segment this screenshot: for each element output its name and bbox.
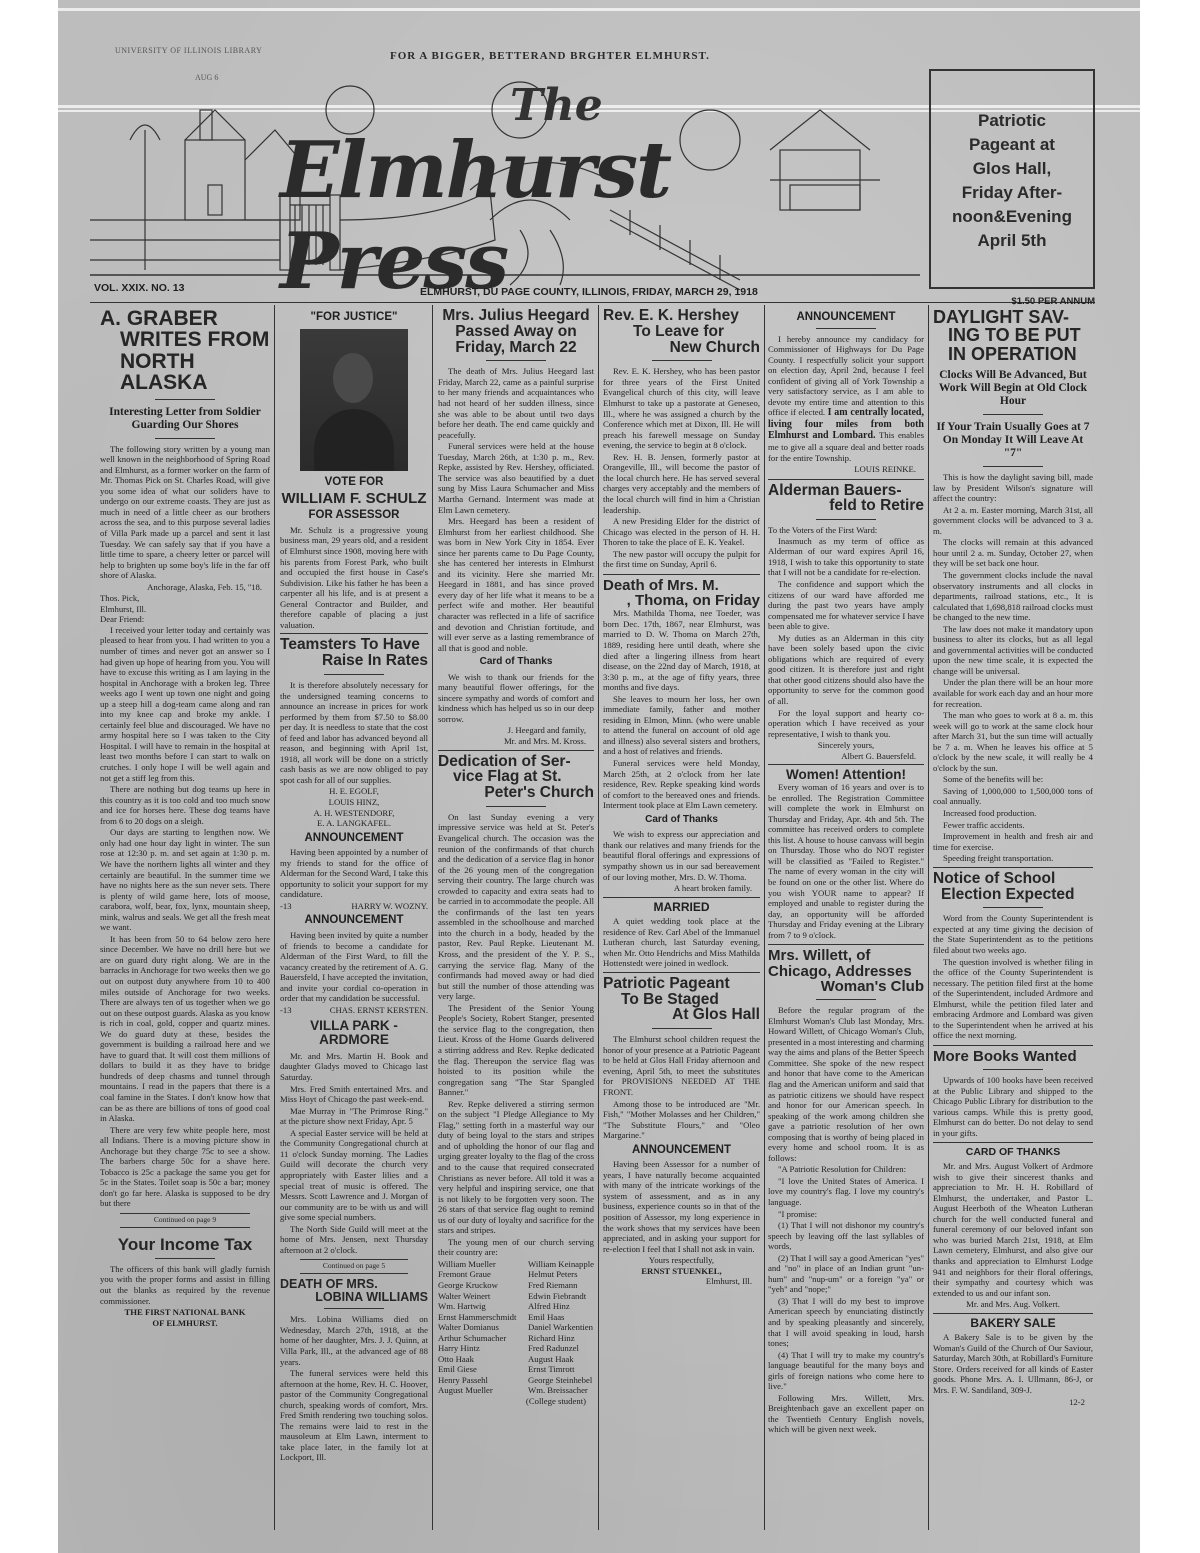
roster-name: Alfred Hinz xyxy=(528,1301,594,1312)
promo-line: Patriotic xyxy=(931,109,1093,133)
paragraph: The law does not make it mandatory upon … xyxy=(933,624,1093,677)
roster-name: Walter Domianus xyxy=(438,1322,516,1333)
list-item: Speeding freight transportation. xyxy=(933,853,1093,864)
headline-line: vice Flag at St. xyxy=(438,769,594,785)
column-3: Mrs. Julius Heegard Passed Away on Frida… xyxy=(438,308,594,1407)
paragraph: Inasmuch as my term of office as Alderma… xyxy=(768,536,924,578)
headline-line: feld to Retire xyxy=(768,498,924,514)
ad-code: 12-2 xyxy=(933,1397,1093,1408)
paragraph: There are nothing but dog teams up here … xyxy=(100,784,270,826)
paragraph: Mr. and Mrs. August Volkert of Ardmore w… xyxy=(933,1161,1093,1298)
paragraph: (4) That I will try to make my country's… xyxy=(768,1350,924,1392)
masthead-the: The xyxy=(510,80,603,131)
article-graber: A. GRABER WRITES FROM NORTH ALASKA Inter… xyxy=(100,308,270,1228)
paragraph: Under the plan there will be an hour mor… xyxy=(933,677,1093,709)
subheadline: If Your Train Usually Goes at 7 On Monda… xyxy=(933,421,1093,460)
roster-column-left: William MuellerFremont GraueGeorge Kruck… xyxy=(438,1259,516,1396)
candidate-portrait-photo xyxy=(300,329,408,471)
section-headline: Women! Attention! xyxy=(768,768,924,782)
divider xyxy=(155,1258,215,1259)
paragraph: The man who goes to work at 8 a. m. this… xyxy=(933,710,1093,773)
column-2: "FOR JUSTICE" VOTE FOR WILLIAM F. SCHULZ… xyxy=(280,308,428,1464)
paragraph: The clocks will remain at this advanced … xyxy=(933,537,1093,569)
roster-name: George Steinhebel xyxy=(528,1375,594,1386)
article-willett: Mrs. Willett, of Chicago, Addresses Woma… xyxy=(768,944,924,1435)
signatory: Elmhurst, Ill. xyxy=(603,1276,760,1287)
paragraph: Every woman of 16 years and over is to b… xyxy=(768,782,924,940)
news-item: Mae Murray in "The Primrose Ring." at th… xyxy=(280,1106,428,1127)
section-headline: More Books Wanted xyxy=(933,1049,1093,1064)
announcement-title: ANNOUNCEMENT xyxy=(768,312,924,323)
news-item: Mr. and Mrs. Martin H. Book and daughter… xyxy=(280,1051,428,1083)
headline-line: A. GRABER xyxy=(100,308,270,329)
article-thoma: Death of Mrs. M. , Thoma, on Friday Mrs.… xyxy=(603,574,760,894)
subheadline: Clocks Will Be Advanced, But Work Will B… xyxy=(933,369,1093,408)
article-pageant: Patriotic Pageant To Be Staged At Glos H… xyxy=(603,972,760,1141)
ad-body: The officers of this bank will gladly fu… xyxy=(100,1264,270,1306)
signatory: CHAS. ERNST KERSTEN. xyxy=(330,1005,428,1016)
article-heegard: Mrs. Julius Heegard Passed Away on Frida… xyxy=(438,308,594,747)
paragraph: I received your letter today and certain… xyxy=(100,625,270,783)
column-5: ANNOUNCEMENT I hereby announce my candid… xyxy=(768,308,924,1436)
list-item: Saving of 1,000,000 to 1,500,000 tons of… xyxy=(933,786,1093,807)
headline-line: , Thoma, on Friday xyxy=(603,593,760,608)
signatory: Sincerely yours, xyxy=(768,740,924,751)
divider xyxy=(816,519,876,520)
ad-headline: Your Income Tax xyxy=(100,1236,270,1253)
divider xyxy=(816,999,876,1000)
paragraph: Mrs. Mathilda Thoma, nee Toeder, was bor… xyxy=(603,608,760,692)
article-service-flag: Dedication of Ser- vice Flag at St. Pete… xyxy=(438,750,594,1407)
column-rule xyxy=(928,305,929,1530)
roster-name: Fred Radunzel xyxy=(528,1343,594,1354)
paragraph: Having been invited by quite a number of… xyxy=(280,930,428,1004)
signatory: Albert G. Bauersfeld. xyxy=(768,751,924,762)
divider xyxy=(816,328,876,329)
news-item: Mrs. Fred Smith entertained Mrs. and Mis… xyxy=(280,1084,428,1105)
vote-for-label: VOTE FOR xyxy=(280,477,428,488)
paragraph: (3) That I will do my best to improve Am… xyxy=(768,1296,924,1349)
divider xyxy=(983,1069,1043,1070)
article-villa-park: VILLA PARK - ARDMORE Mr. and Mrs. Martin… xyxy=(280,1019,428,1273)
divider xyxy=(983,414,1043,415)
headline-line: Chicago, Addresses xyxy=(768,964,924,979)
headline-line: Alderman Bauers- xyxy=(768,483,924,499)
promo-box-pageant: Patriotic Pageant at Glos Hall, Friday A… xyxy=(929,69,1095,289)
roster-name: Richard Hinz xyxy=(528,1333,594,1344)
column-1: A. GRABER WRITES FROM NORTH ALASKA Inter… xyxy=(100,308,270,1328)
signatory: E. A. LANGKAFEL. xyxy=(280,818,428,829)
headline-line: Death of Mrs. M. xyxy=(603,578,760,593)
service-roster: William MuellerFremont GraueGeorge Kruck… xyxy=(438,1259,594,1396)
candidate-name: WILLIAM F. SCHULZ xyxy=(280,491,428,506)
divider xyxy=(324,1308,384,1309)
bakery-sale: BAKERY SALE A Bakery Sale is to be given… xyxy=(933,1313,1093,1407)
paragraph: Having been appointed by a number of my … xyxy=(280,847,428,900)
announcement-stuenkel: ANNOUNCEMENT Having been Assessor for a … xyxy=(603,1145,760,1287)
paragraph: My duties as an Alderman in this city ha… xyxy=(768,633,924,707)
headline-line: Passed Away on xyxy=(438,324,594,340)
paragraph: We wish to express our appreciation and … xyxy=(603,829,760,882)
divider xyxy=(652,360,712,361)
roster-name: Fremont Graue xyxy=(438,1269,516,1280)
headline-line: Patriotic Pageant xyxy=(603,976,760,992)
paragraph: "A Patriotic Resolution for Children: xyxy=(768,1164,924,1175)
masthead-illustration: The Elmhurst Press xyxy=(90,70,920,290)
announcement-body: I hereby announce my candidacy for Commi… xyxy=(768,334,924,418)
announcement-title: ANNOUNCEMENT xyxy=(280,833,428,844)
headline-line: ING TO BE PUT xyxy=(933,326,1093,344)
signatory: J. Heegard and family, xyxy=(438,725,594,736)
paragraph: Among those to be introduced are "Mr. Fi… xyxy=(603,1099,760,1141)
headline-line: Election Expected xyxy=(933,887,1093,903)
roster-name: Fred Riemann xyxy=(528,1280,594,1291)
signatory: A heart broken family. xyxy=(603,883,760,894)
roster-name: Ernst Hammerschmidt xyxy=(438,1312,516,1323)
roster-name: Ernst Timrott xyxy=(528,1364,594,1375)
volume-number: VOL. XXIX. NO. 13 xyxy=(94,282,184,294)
paragraph: The President of the Senior Young People… xyxy=(438,1003,594,1098)
roster-name: Helmut Peters xyxy=(528,1269,594,1280)
paragraph: Word from the County Superintendent is e… xyxy=(933,913,1093,955)
divider xyxy=(486,360,546,361)
article-lobina-williams: DEATH OF MRS. LOBINA WILLIAMS Mrs. Lobin… xyxy=(280,1278,428,1463)
paragraph: Upwards of 100 books have been received … xyxy=(933,1075,1093,1138)
ad-code: -13 xyxy=(280,901,292,912)
ad-signature: OF ELMHURST. xyxy=(100,1318,270,1329)
paragraph: Mrs. Heegard has been a resident of Elmh… xyxy=(438,516,594,653)
article-hershey: Rev. E. K. Hershey To Leave for New Chur… xyxy=(603,308,760,570)
announcement-wozny: ANNOUNCEMENT Having been appointed by a … xyxy=(280,833,428,912)
headline-line: Mrs. Julius Heegard xyxy=(438,308,594,324)
article-school-election: Notice of School Election Expected Word … xyxy=(933,867,1093,1041)
signatory: LOUIS REINKE. xyxy=(768,464,924,475)
column-6: DAYLIGHT SAV- ING TO BE PUT IN OPERATION… xyxy=(933,308,1093,1407)
paragraph: The following story written by a young m… xyxy=(100,444,270,581)
signatory: H. E. EGOLF, xyxy=(280,786,428,797)
signatory: Mr. and Mrs. M. Kross. xyxy=(438,736,594,747)
salutation: To the Voters of the First Ward: xyxy=(768,525,924,536)
paragraph: Rev. H. B. Jensen, formerly pastor at Or… xyxy=(603,452,760,515)
column-rule xyxy=(432,305,433,1530)
paragraph: Mr. Schulz is a progressive young busine… xyxy=(280,525,428,630)
roster-name: August Mueller xyxy=(438,1385,516,1396)
library-stamp: UNIVERSITY OF ILLINOIS LIBRARY xyxy=(115,46,262,55)
section-headline: VILLA PARK - ARDMORE xyxy=(280,1019,428,1047)
headline-line: Dedication of Ser- xyxy=(438,754,594,770)
paragraph: The question involved is whether filing … xyxy=(933,957,1093,1041)
promo-line: Pageant at xyxy=(931,133,1093,157)
paragraph: Funeral services were held Monday, March… xyxy=(603,758,760,811)
headline-line: LOBINA WILLIAMS xyxy=(280,1291,428,1304)
headline-line: At Glos Hall xyxy=(603,1007,760,1023)
roster-name: William Mueller xyxy=(438,1259,516,1270)
headline-line: Peter's Church xyxy=(438,785,594,801)
divider xyxy=(486,806,546,807)
letter-salutation: Dear Friend: xyxy=(100,614,270,625)
announcement-reinke: ANNOUNCEMENT I hereby announce my candid… xyxy=(768,312,924,475)
divider xyxy=(983,466,1043,467)
roster-name: Edwin Fiebrandt xyxy=(528,1291,594,1302)
letter-dateline: Anchorage, Alaska, Feb. 15, ''18. xyxy=(100,582,270,593)
headline-line: Raise In Rates xyxy=(280,653,428,669)
news-item: A special Easter service will be held at… xyxy=(280,1128,428,1223)
roster-name: Emil Haas xyxy=(528,1312,594,1323)
signatory: Mr. and Mrs. Aug. Volkert. xyxy=(933,1299,1093,1310)
paragraph: It has been from 50 to 64 below zero her… xyxy=(100,934,270,1124)
column-rule xyxy=(274,305,275,1530)
headline-line: WRITES FROM xyxy=(100,329,270,350)
paragraph: Funeral services were held at the house … xyxy=(438,441,594,515)
paragraph: A Bakery Sale is to be given by the Woma… xyxy=(933,1332,1093,1395)
paragraph: (2) That I will say a good American "yes… xyxy=(768,1253,924,1295)
roster-name: Daniel Warkentien xyxy=(528,1322,594,1333)
paragraph: There are very few white people here, mo… xyxy=(100,1125,270,1209)
roster-name: Harry Hintz xyxy=(438,1343,516,1354)
section-title: BAKERY SALE xyxy=(933,1318,1093,1329)
promo-line: Glos Hall, xyxy=(931,157,1093,181)
section-title: MARRIED xyxy=(603,902,760,913)
headline-line: DAYLIGHT SAV- xyxy=(933,308,1093,326)
column-4: Rev. E. K. Hershey To Leave for New Chur… xyxy=(603,308,760,1287)
column-rule xyxy=(598,305,599,1530)
signatory: LOUIS HINZ, xyxy=(280,797,428,808)
ad-schulz: "FOR JUSTICE" VOTE FOR WILLIAM F. SCHULZ… xyxy=(280,312,428,630)
column-rule xyxy=(764,305,765,1530)
paragraph: Some of the benefits will be: xyxy=(933,774,1093,785)
headline-line: Teamsters To Have xyxy=(280,637,428,653)
ad-kicker: "FOR JUSTICE" xyxy=(280,312,428,323)
roster-name: William Keinapple xyxy=(528,1259,594,1270)
announcement-title: ANNOUNCEMENT xyxy=(280,915,428,926)
headline-line: DEATH OF MRS. xyxy=(280,1278,428,1291)
headline-line: New Church xyxy=(603,340,760,356)
office-label: FOR ASSESSOR xyxy=(280,510,428,521)
paragraph: The government clocks include the naval … xyxy=(933,570,1093,623)
divider xyxy=(324,674,384,675)
paragraph: We wish to thank our friends for the man… xyxy=(438,672,594,725)
list-item: Fewer traffic accidents. xyxy=(933,820,1093,831)
divider xyxy=(155,438,215,439)
article-teamsters: Teamsters To Have Raise In Rates It is t… xyxy=(280,633,428,828)
article-daylight-saving: DAYLIGHT SAV- ING TO BE PUT IN OPERATION… xyxy=(933,308,1093,864)
paragraph: Before the regular program of the Elmhur… xyxy=(768,1005,924,1163)
divider xyxy=(155,399,215,400)
paragraph: The young men of our church serving thei… xyxy=(438,1237,594,1258)
announcement-title: ANNOUNCEMENT xyxy=(603,1145,760,1156)
roster-name: August Haak xyxy=(528,1354,594,1365)
headline-line: Rev. E. K. Hershey xyxy=(603,308,760,324)
paragraph: It is therefore absolutely necessary for… xyxy=(280,680,428,785)
roster-name: Henry Passehl xyxy=(438,1375,516,1386)
paragraph: The funeral services were held this afte… xyxy=(280,1368,428,1463)
list-item: Improvement in health and fresh air and … xyxy=(933,831,1093,852)
paragraph: At 2 a. m. Easter morning, March 31st, a… xyxy=(933,505,1093,537)
article-bauersfeld: Alderman Bauers- feld to Retire To the V… xyxy=(768,479,924,762)
paragraph: She leaves to mourn her loss, her own im… xyxy=(603,694,760,757)
paragraph: Having been Assessor for a number of yea… xyxy=(603,1159,760,1254)
paragraph: (1) That I will not dishonor my country'… xyxy=(768,1220,924,1252)
paragraph: I hereby announce my candidacy for Commi… xyxy=(768,334,924,464)
roster-name: Wm. Breissacher xyxy=(528,1385,594,1396)
letter-address: Thos. Pick, xyxy=(100,593,270,604)
continued-notice: Continued on page 5 xyxy=(300,1259,408,1274)
card-of-thanks-title: Card of Thanks xyxy=(438,657,594,668)
masthead-title: Elmhurst Press xyxy=(280,125,920,307)
signatory: HARRY W. WOZNY. xyxy=(351,901,428,912)
roster-name: Walter Weinert xyxy=(438,1291,516,1302)
paragraph: Rev. E. K. Hershey, who has been pastor … xyxy=(603,366,760,450)
paragraph: The confidence and support which the cit… xyxy=(768,579,924,632)
promo-line: April 5th xyxy=(931,229,1093,253)
paragraph: For the loyal support and hearty co-oper… xyxy=(768,708,924,740)
paragraph: The new pastor will occupy the pulpit fo… xyxy=(603,549,760,570)
headline-line: To Leave for xyxy=(603,324,760,340)
roster-name: Otto Haak xyxy=(438,1354,516,1365)
roster-note: (College student) xyxy=(438,1396,594,1407)
list-item: Increased food production. xyxy=(933,808,1093,819)
paragraph: A quiet wedding took place at the reside… xyxy=(603,916,760,969)
headline-line: To Be Staged xyxy=(603,992,760,1008)
paragraph: On last Sunday evening a very impressive… xyxy=(438,812,594,1002)
paragraph: A new Presiding Elder for the district o… xyxy=(603,516,760,548)
ad-signature: THE FIRST NATIONAL BANK xyxy=(100,1307,270,1318)
scan-artifact xyxy=(58,8,1140,11)
roster-column-right: William KeinappleHelmut PetersFred Riema… xyxy=(528,1259,594,1396)
promo-line: noon&Evening xyxy=(931,205,1093,229)
roster-name: Arthur Schumacher xyxy=(438,1333,516,1344)
headline-line: Friday, March 22 xyxy=(438,340,594,356)
subscription-price: $1.50 PER ANNUM xyxy=(1011,296,1095,307)
card-of-thanks-title: CARD OF THANKS xyxy=(933,1147,1093,1158)
masthead-motto: FOR A BIGGER, BETTERAND BRGHTER ELMHURST… xyxy=(390,50,710,62)
dateline: ELMHURST, DU PAGE COUNTY, ILLINOIS, FRID… xyxy=(420,286,758,298)
ad-code: -13 xyxy=(280,1005,292,1016)
signatory: Yours respectfully, xyxy=(603,1255,760,1266)
signatory: A. H. WESTENDORF, xyxy=(280,808,428,819)
paragraph: Mrs. Lobina Williams died on Wednesday, … xyxy=(280,1314,428,1367)
headline-line: Notice of School xyxy=(933,871,1093,887)
divider xyxy=(983,907,1043,908)
headline-line: Woman's Club xyxy=(768,979,924,994)
ad-income-tax: Your Income Tax The officers of this ban… xyxy=(100,1236,270,1329)
paragraph: This is how the daylight saving bill, ma… xyxy=(933,472,1093,504)
paragraph: Rev. Repke delivered a stirring sermon o… xyxy=(438,1099,594,1236)
paragraph: The death of Mrs. Julius Heegard last Fr… xyxy=(438,366,594,440)
roster-name: George Kruckow xyxy=(438,1280,516,1291)
article-married: MARRIED A quiet wedding took place at th… xyxy=(603,897,760,969)
headline-line: Mrs. Willett, of xyxy=(768,948,924,963)
roster-name: Wm. Hartwig xyxy=(438,1301,516,1312)
card-of-thanks-title: Card of Thanks xyxy=(603,815,760,826)
news-item: The North Side Guild will meet at the ho… xyxy=(280,1224,428,1256)
paragraph: Our days are starting to lengthen now. W… xyxy=(100,827,270,932)
paragraph: "I love the United States of America. I … xyxy=(768,1176,924,1208)
article-women-attention: Women! Attention! Every woman of 16 year… xyxy=(768,764,924,940)
paragraph: "I promise: xyxy=(768,1209,924,1220)
paragraph: The Elmhurst school children request the… xyxy=(603,1034,760,1097)
dateline-bar: VOL. XXIX. NO. 13 ELMHURST, DU PAGE COUN… xyxy=(90,282,1095,303)
roster-name: Emil Giese xyxy=(438,1364,516,1375)
promo-line: Friday After- xyxy=(931,181,1093,205)
divider xyxy=(652,1028,712,1029)
headline-line: IN OPERATION xyxy=(933,345,1093,363)
paragraph: Following Mrs. Willett, Mrs. Breightenba… xyxy=(768,1393,924,1435)
card-of-thanks-volkert: CARD OF THANKS Mr. and Mrs. August Volke… xyxy=(933,1142,1093,1310)
headline-line: NORTH ALASKA xyxy=(100,351,270,394)
continued-notice: Continued on page 9 xyxy=(120,1213,250,1228)
announcement-kersten: ANNOUNCEMENT Having been invited by quit… xyxy=(280,915,428,1015)
letter-address: Elmhurst, Ill. xyxy=(100,604,270,615)
subheadline: Interesting Letter from Soldier Guarding… xyxy=(100,406,270,432)
signatory: ERNST STUENKEL, xyxy=(603,1266,760,1277)
article-more-books: More Books Wanted Upwards of 100 books h… xyxy=(933,1045,1093,1139)
